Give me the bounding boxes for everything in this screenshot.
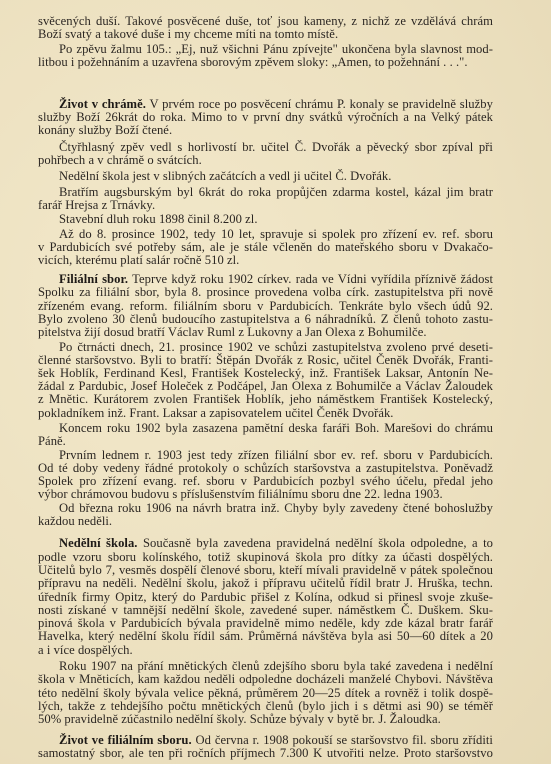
- line-text: Teprve když roku 1902 církev. rada ve Ví…: [128, 272, 493, 286]
- line-text: Až do 8. prosince 1902, tedy 10 let, spr…: [59, 227, 493, 241]
- line-text: Boží svatý a takové duše i my chceme mít…: [38, 27, 338, 41]
- line-text: škola v Mněticích, kam každou neděli odp…: [38, 672, 493, 686]
- line-text: pitelstva žijí dosud bratří Václav Ruml …: [38, 325, 427, 339]
- text-line: Filiální sbor. Teprve když roku 1902 cír…: [59, 272, 493, 286]
- line-text: Páně.: [38, 434, 66, 448]
- text-line: vicích, kterému platí salár ročně 510 zl…: [38, 253, 493, 267]
- line-text: Spolek pro zřízení evang. ref. sboru v P…: [38, 474, 493, 488]
- line-text: služby Boží 26krát do roka. Mimo to v pr…: [38, 110, 493, 124]
- line-text: nosti získané v tamnější nedělní škole, …: [38, 603, 493, 617]
- text-line: v Pardubicích své potřeby sám, ale je st…: [38, 240, 493, 254]
- text-line: svěcených duší. Takové posvěcené duše, t…: [38, 14, 493, 28]
- line-text: Nedělní škola jest v slibných začátcích …: [59, 169, 391, 183]
- text-line: Spolek pro zřízení evang. ref. sboru v P…: [38, 474, 493, 488]
- line-text: Od června r. 1908 pokouší se staršovstvo…: [192, 733, 493, 747]
- line-text: Po zpěvu žalmu 105.: „Ej, nuž všichni Pá…: [59, 42, 493, 56]
- text-line: konány služby Boží čtené.: [38, 123, 493, 137]
- section-heading: Život ve filiálním sboru.: [59, 733, 192, 747]
- text-line: Po zpěvu žalmu 105.: „Ej, nuž všichni Pá…: [59, 42, 493, 56]
- line-text: přípravu na neděli. Nedělní školu, jakož…: [38, 576, 493, 590]
- text-line: Koncem roku 1902 byla zasazena pamětní d…: [59, 421, 493, 435]
- line-text: šek Hoblík, Ferdinand Kesl, František Ko…: [38, 366, 493, 380]
- text-line: lých, takže z tehdejšího počtu mnětickýc…: [38, 699, 493, 713]
- line-text: Současně byla zavedena pravidelná neděln…: [138, 536, 493, 550]
- text-line: pitelstva žijí dosud bratří Václav Ruml …: [38, 325, 493, 339]
- line-text: každou neděli.: [38, 514, 112, 528]
- line-text: svěcených duší. Takové posvěcené duše, t…: [38, 14, 493, 28]
- line-text: 50% pravidelně zúčastnilo nedělní školy.…: [38, 712, 441, 726]
- text-line: pohřbech a v chrámě o svátcích.: [38, 153, 493, 167]
- text-line: Nedělní škola jest v slibných začátcích …: [59, 169, 493, 183]
- text-line: farář Hrejsa z Trnávky.: [38, 198, 493, 212]
- text-line: a i více dospělých.: [38, 643, 493, 657]
- text-line: Po čtrnácti dnech, 21. prosince 1902 ve …: [59, 340, 493, 354]
- text-line: z Mnětic. Kurátorem zvolen František Hob…: [38, 392, 493, 406]
- line-text: Bylo zvoleno 30 členů budoucího zastupit…: [38, 312, 493, 326]
- text-line: zřízeném evang. reform. filiálním sboru …: [38, 299, 493, 313]
- text-line: litbou i požehnáním a uzavřena sborovým …: [38, 55, 493, 69]
- line-text: Roku 1907 na přání mnětických členů zdej…: [59, 659, 493, 673]
- text-line: Od té doby vedeny řádné protokoly o schů…: [38, 461, 493, 475]
- line-text: vicích, kterému platí salár ročně 510 zl…: [38, 253, 239, 267]
- section-heading: Nedělní škola.: [59, 536, 138, 550]
- text-line: Bratřím augsburským byl 6krát do roka pr…: [59, 185, 493, 199]
- text-line: Prvním lednem r. 1903 jest tedy zřízen f…: [59, 448, 493, 462]
- text-line: škola v Mněticích, kam každou neděli odp…: [38, 672, 493, 686]
- line-text: členné staršovstvo. Byli to bratří: Štěp…: [38, 353, 493, 367]
- line-text: v Pardubicích své potřeby sám, ale je st…: [38, 240, 493, 254]
- line-text: této nedělní školy bývala velice pěkná, …: [38, 686, 493, 700]
- text-line: Až do 8. prosince 1902, tedy 10 let, spr…: [59, 227, 493, 241]
- line-text: Spolku za filiální sbor, byla 8. prosinc…: [38, 285, 493, 299]
- line-text: zřízeném evang. reform. filiálním sboru …: [38, 299, 493, 313]
- line-text: litbou i požehnáním a uzavřena sborovým …: [38, 55, 468, 69]
- text-line: pinová škola v Pardubicích bývala pravid…: [38, 616, 493, 630]
- text-line: Roku 1907 na přání mnětických členů zdej…: [59, 659, 493, 673]
- line-text: Bratřím augsburským byl 6krát do roka pr…: [59, 185, 493, 199]
- line-text: Koncem roku 1902 byla zasazena pamětní d…: [59, 421, 493, 435]
- line-text: a i více dospělých.: [38, 643, 133, 657]
- text-line: Život ve filiálním sboru. Od června r. 1…: [59, 733, 493, 747]
- text-line: Havelka, který nedělní školu řídil sám. …: [38, 629, 493, 643]
- text-line: služby Boží 26krát do roka. Mimo to v pr…: [38, 110, 493, 124]
- text-line: Od března roku 1906 na návrh bratra inž.…: [59, 501, 493, 515]
- line-text: z Mnětic. Kurátorem zvolen František Hob…: [38, 392, 493, 406]
- text-line: výbor chrámovou budovu s příslušenstvím …: [38, 487, 493, 501]
- text-line: Stavební dluh roku 1898 činil 8.200 zl.: [59, 212, 493, 226]
- text-line: Čtyřhlasný zpěv vedl s horlivostí br. uč…: [59, 140, 493, 154]
- line-text: Čtyřhlasný zpěv vedl s horlivostí br. uč…: [59, 140, 493, 154]
- line-text: žádal z Pardubic, Josef Holeček z Podčáp…: [38, 379, 493, 393]
- line-text: pokladníkem inž. Frant. Laksar a zapisov…: [38, 406, 394, 420]
- section-heading: Filiální sbor.: [59, 272, 128, 286]
- text-line: šek Hoblík, Ferdinand Kesl, František Ko…: [38, 366, 493, 380]
- text-line: této nedělní školy bývala velice pěkná, …: [38, 686, 493, 700]
- line-text: Havelka, který nedělní školu řídil sám. …: [38, 629, 493, 643]
- text-line: úředník firmy Opitz, který do Pardubic p…: [38, 590, 493, 604]
- line-text: Prvním lednem r. 1903 jest tedy zřízen f…: [59, 448, 493, 462]
- line-text: lých, takže z tehdejšího počtu mnětickýc…: [38, 699, 493, 713]
- text-line: každou neděli.: [38, 514, 493, 528]
- line-text: Po čtrnácti dnech, 21. prosince 1902 ve …: [59, 340, 493, 354]
- text-line: samostatný sbor, ale ten při ročních pří…: [38, 746, 493, 760]
- text-line: přípravu na neděli. Nedělní školu, jakož…: [38, 576, 493, 590]
- line-text: farář Hrejsa z Trnávky.: [38, 198, 155, 212]
- section-heading: Život v chrámě.: [59, 97, 146, 111]
- text-line: Učitelů bylo 7, vesměs dospělí členové s…: [38, 563, 493, 577]
- text-line: Boží svatý a takové duše i my chceme mít…: [38, 27, 493, 41]
- line-text: samostatný sbor, ale ten při ročních pří…: [38, 746, 493, 760]
- line-text: Od března roku 1906 na návrh bratra inž.…: [59, 501, 493, 515]
- line-text: úředník firmy Opitz, který do Pardubic p…: [38, 590, 493, 604]
- line-text: pohřbech a v chrámě o svátcích.: [38, 153, 202, 167]
- text-line: Spolku za filiální sbor, byla 8. prosinc…: [38, 285, 493, 299]
- text-line: Nedělní škola. Současně byla zavedena pr…: [59, 536, 493, 550]
- line-text: V prvém roce po posvěcení chrámu P. kona…: [146, 97, 493, 111]
- text-line: 50% pravidelně zúčastnilo nedělní školy.…: [38, 712, 493, 726]
- text-line: Páně.: [38, 434, 493, 448]
- text-line: Bylo zvoleno 30 členů budoucího zastupit…: [38, 312, 493, 326]
- line-text: Od té doby vedeny řádné protokoly o schů…: [38, 461, 493, 475]
- text-line: pokladníkem inž. Frant. Laksar a zapisov…: [38, 406, 493, 420]
- text-line: nosti získané v tamnější nedělní škole, …: [38, 603, 493, 617]
- line-text: podle vzoru sboru kolínského, totiž skup…: [38, 550, 493, 564]
- line-text: Stavební dluh roku 1898 činil 8.200 zl.: [59, 212, 258, 226]
- text-line: členné staršovstvo. Byli to bratří: Štěp…: [38, 353, 493, 367]
- text-line: Život v chrámě. V prvém roce po posvěcen…: [59, 97, 493, 111]
- line-text: pinová škola v Pardubicích bývala pravid…: [38, 616, 493, 630]
- line-text: výbor chrámovou budovu s příslušenstvím …: [38, 487, 443, 501]
- line-text: konány služby Boží čtené.: [38, 123, 172, 137]
- line-text: Učitelů bylo 7, vesměs dospělí členové s…: [38, 563, 493, 577]
- text-line: podle vzoru sboru kolínského, totiž skup…: [38, 550, 493, 564]
- text-line: žádal z Pardubic, Josef Holeček z Podčáp…: [38, 379, 493, 393]
